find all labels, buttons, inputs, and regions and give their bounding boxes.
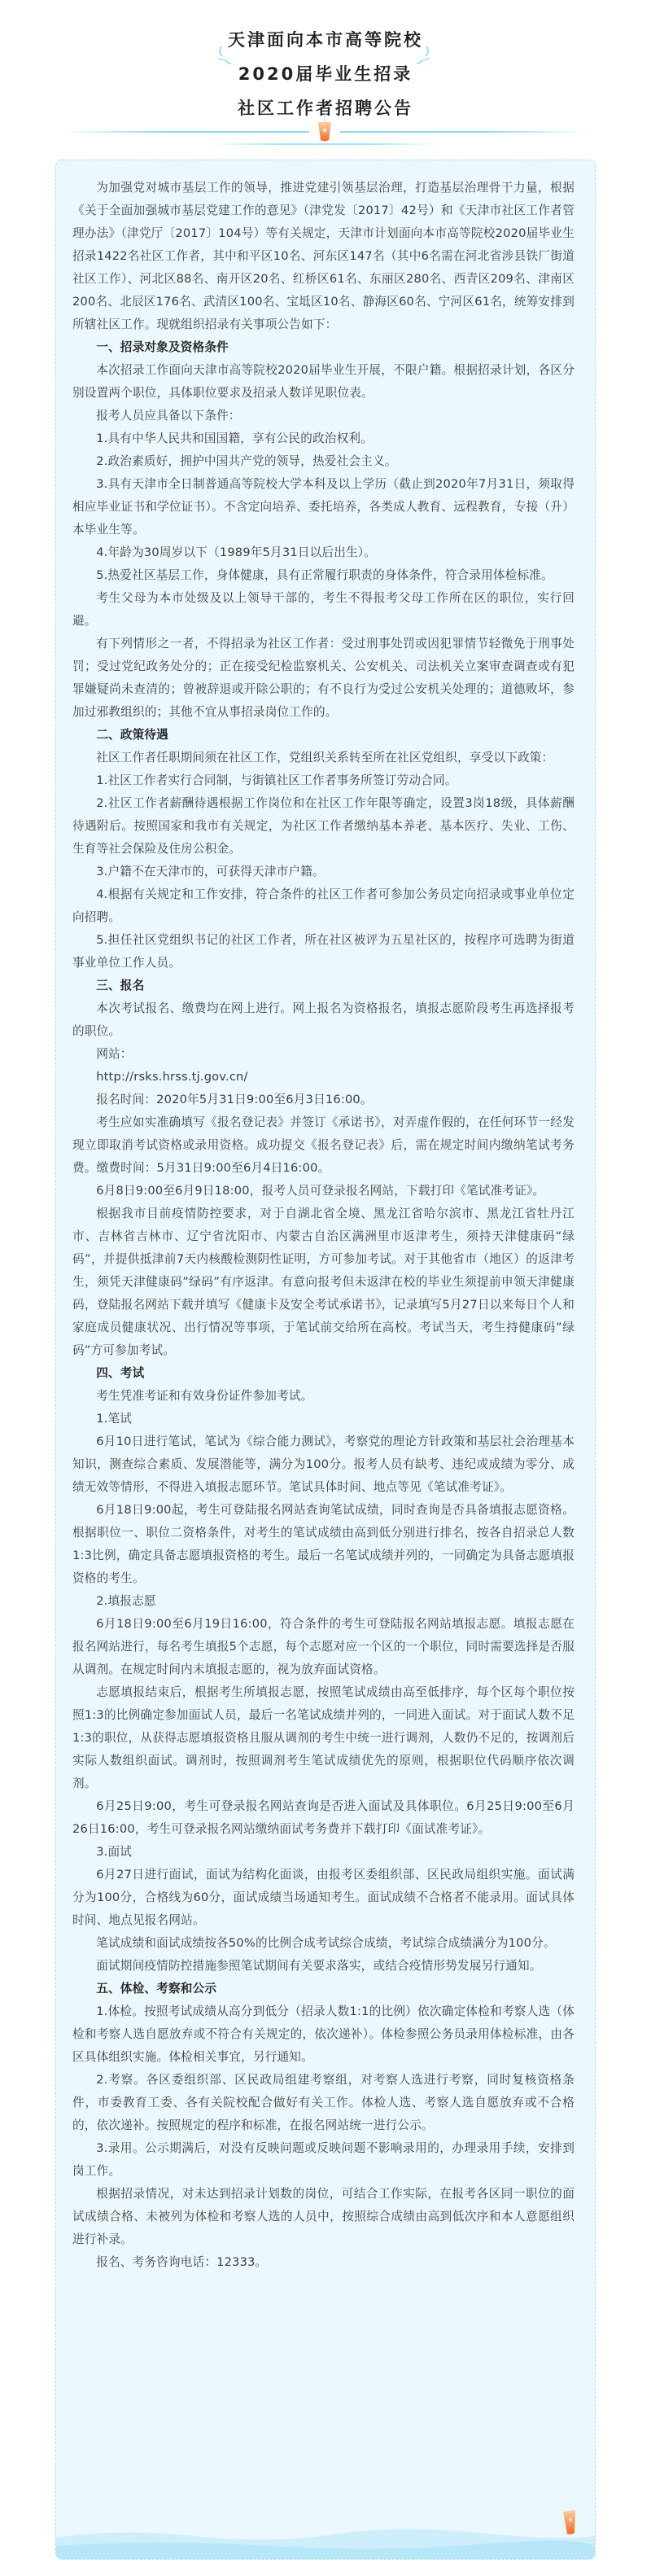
- paragraph: 报名、考务咨询电话：12333。: [72, 2251, 575, 2274]
- paragraph: 3.面试: [72, 1841, 575, 1864]
- paragraph: 4.年龄为30周岁以下（1989年5月31日以后出生）。: [72, 541, 575, 564]
- paragraph: 考生应如实准确填写《报名登记表》并签订《承诺书》，对弄虚作假的，在任何环节一经发…: [72, 1111, 575, 1180]
- paragraph: 6月25日9:00，考生可登录报名网站查询是否进入面试及具体职位。6月25日9:…: [72, 1795, 575, 1841]
- paragraph: 社区工作者任职期间须在社区工作，党组织关系转至所在社区党组织，享受以下政策：: [72, 747, 575, 769]
- paragraph: 3.录用。公示期满后，对没有反映问题或反映问题不影响录用的，办理录用手续，安排到…: [72, 2137, 575, 2183]
- paragraph: 1.具有中华人民共和国国籍，享有公民的政治权利。: [72, 427, 575, 450]
- paragraph: 2.考察。各区委组织部、区民政局组建考察组，对考察人选进行考察，同时复核资格条件…: [72, 2069, 575, 2137]
- paragraph: 志愿填报结束后，根据考生所填报志愿，按照笔试成绩由高至低排序，每个区每个职位按照…: [72, 1681, 575, 1795]
- title-line-2: 2020届毕业生招录: [0, 57, 651, 91]
- paragraph: 6月18日9:00至6月19日16:00，符合条件的考生可登陆报名网站填报志愿。…: [72, 1613, 575, 1681]
- announcement-card: 为加强党对城市基层工作的领导，推进党建引领基层治理，打造基层治理骨干力量，根据《…: [55, 160, 596, 2560]
- paragraph: 本次招录工作面向天津市高等院校2020届毕业生开展，不限户籍。根据招录计划，各区…: [72, 359, 575, 405]
- paragraph: 6月27日进行面试，面试为结构化面谈，由报考区委组织部、区民政局组织实施。面试满…: [72, 1864, 575, 1932]
- section-heading: 三、报名: [72, 975, 575, 997]
- paragraph: 笔试成绩和面试成绩按各50%的比例合成考试综合成绩，考试综合成绩满分为100分。: [72, 1932, 575, 1955]
- paragraph: 面试期间疫情防控措施参照笔试期间有关要求落实，或结合疫情形势发展另行通知。: [72, 1955, 575, 1978]
- paragraph: 网站：: [72, 1043, 575, 1066]
- paragraph: 3.户籍不在天津市的，可获得天津市户籍。: [72, 861, 575, 883]
- drink-cup-icon: [561, 2505, 579, 2538]
- paragraph: 为加强党对城市基层工作的领导，推进党建引领基层治理，打造基层治理骨干力量，根据《…: [72, 177, 575, 336]
- announcement-body: 为加强党对城市基层工作的领导，推进党建引领基层治理，打造基层治理骨干力量，根据《…: [72, 177, 575, 2274]
- wave-decoration: [56, 2526, 595, 2559]
- paragraph: 3.具有天津市全日制普通高等院校大学本科及以上学历（截止到2020年7月31日，…: [72, 473, 575, 541]
- paragraph: 2.填报志愿: [72, 1590, 575, 1613]
- paragraph: 根据招录情况，对未达到招录计划数的岗位，可结合工作实际，在报考各区同一职位的面试…: [72, 2183, 575, 2251]
- paragraph: 考生凭准考证和有效身份证件参加考试。: [72, 1385, 575, 1408]
- paragraph: 6月10日进行笔试，笔试为《综合能力测试》，考察党的理论方针政策和基层社会治理基…: [72, 1430, 575, 1499]
- section-heading: 二、政策待遇: [72, 724, 575, 747]
- divider-line-left: [61, 131, 309, 133]
- title-underline: [212, 143, 439, 145]
- paragraph: 6月8日9:00至6月9日18:00，报考人员可登录报名网站，下载打印《笔试准考…: [72, 1180, 575, 1203]
- paragraph: 5.担任社区党组织书记的社区工作者，所在社区被评为五星社区的，按程序可选聘为街道…: [72, 929, 575, 975]
- paragraph: 5.热爱社区基层工作，身体健康，具有正常履行职责的身体条件，符合录用体检标准。: [72, 564, 575, 587]
- divider-line-right: [340, 131, 588, 133]
- section-heading: 一、招录对象及资格条件: [72, 336, 575, 359]
- paragraph: 2.社区工作者薪酬待遇根据工作岗位和在社区工作年限等确定，设置3岗18级，具体薪…: [72, 792, 575, 861]
- title-line-1: 天津面向本市高等院校: [0, 23, 651, 57]
- paragraph: 1.笔试: [72, 1408, 575, 1430]
- paragraph: 6月18日9:00起，考生可登陆报名网站查询笔试成绩，同时查询是否具备填报志愿资…: [72, 1499, 575, 1590]
- paragraph: 有下列情形之一者，不得招录为社区工作者：受过刑事处罚或因犯罪情节轻微免于刑事处罚…: [72, 633, 575, 724]
- section-heading: 五、体检、考察和公示: [72, 1978, 575, 2000]
- section-heading: 四、考试: [72, 1362, 575, 1385]
- paragraph: 2.政治素质好，拥护中国共产党的领导，热爱社会主义。: [72, 450, 575, 473]
- paragraph: 1.体检。按照考试成绩从高分到低分（招录人数1:1的比例）依次确定体检和考察人选…: [72, 2000, 575, 2069]
- paragraph: 根据我市目前疫情防控要求，对于自湖北省全境、黑龙江省哈尔滨市、黑龙江省牡丹江市、…: [72, 1203, 575, 1362]
- website-link[interactable]: http://rsks.hrss.tj.gov.cn/: [72, 1066, 575, 1089]
- paragraph: 报名时间：2020年5月31日9:00至6月3日16:00。: [72, 1089, 575, 1111]
- paragraph: 本次考试报名、缴费均在网上进行。网上报名为资格报名，填报志愿阶段考生再选择报考的…: [72, 997, 575, 1043]
- drink-cup-icon: [314, 111, 335, 143]
- paragraph: 报考人员应具备以下条件：: [72, 405, 575, 427]
- paragraph: 考生父母为本市处级及以上领导干部的，考生不得报考父母工作所在区的职位，实行回避。: [72, 587, 575, 633]
- paragraph: 4.根据有关规定和工作安排，符合条件的社区工作者可参加公务员定向招录或事业单位定…: [72, 883, 575, 929]
- paragraph: 1.社区工作者实行合同制，与街镇社区工作者事务所签订劳动合同。: [72, 769, 575, 792]
